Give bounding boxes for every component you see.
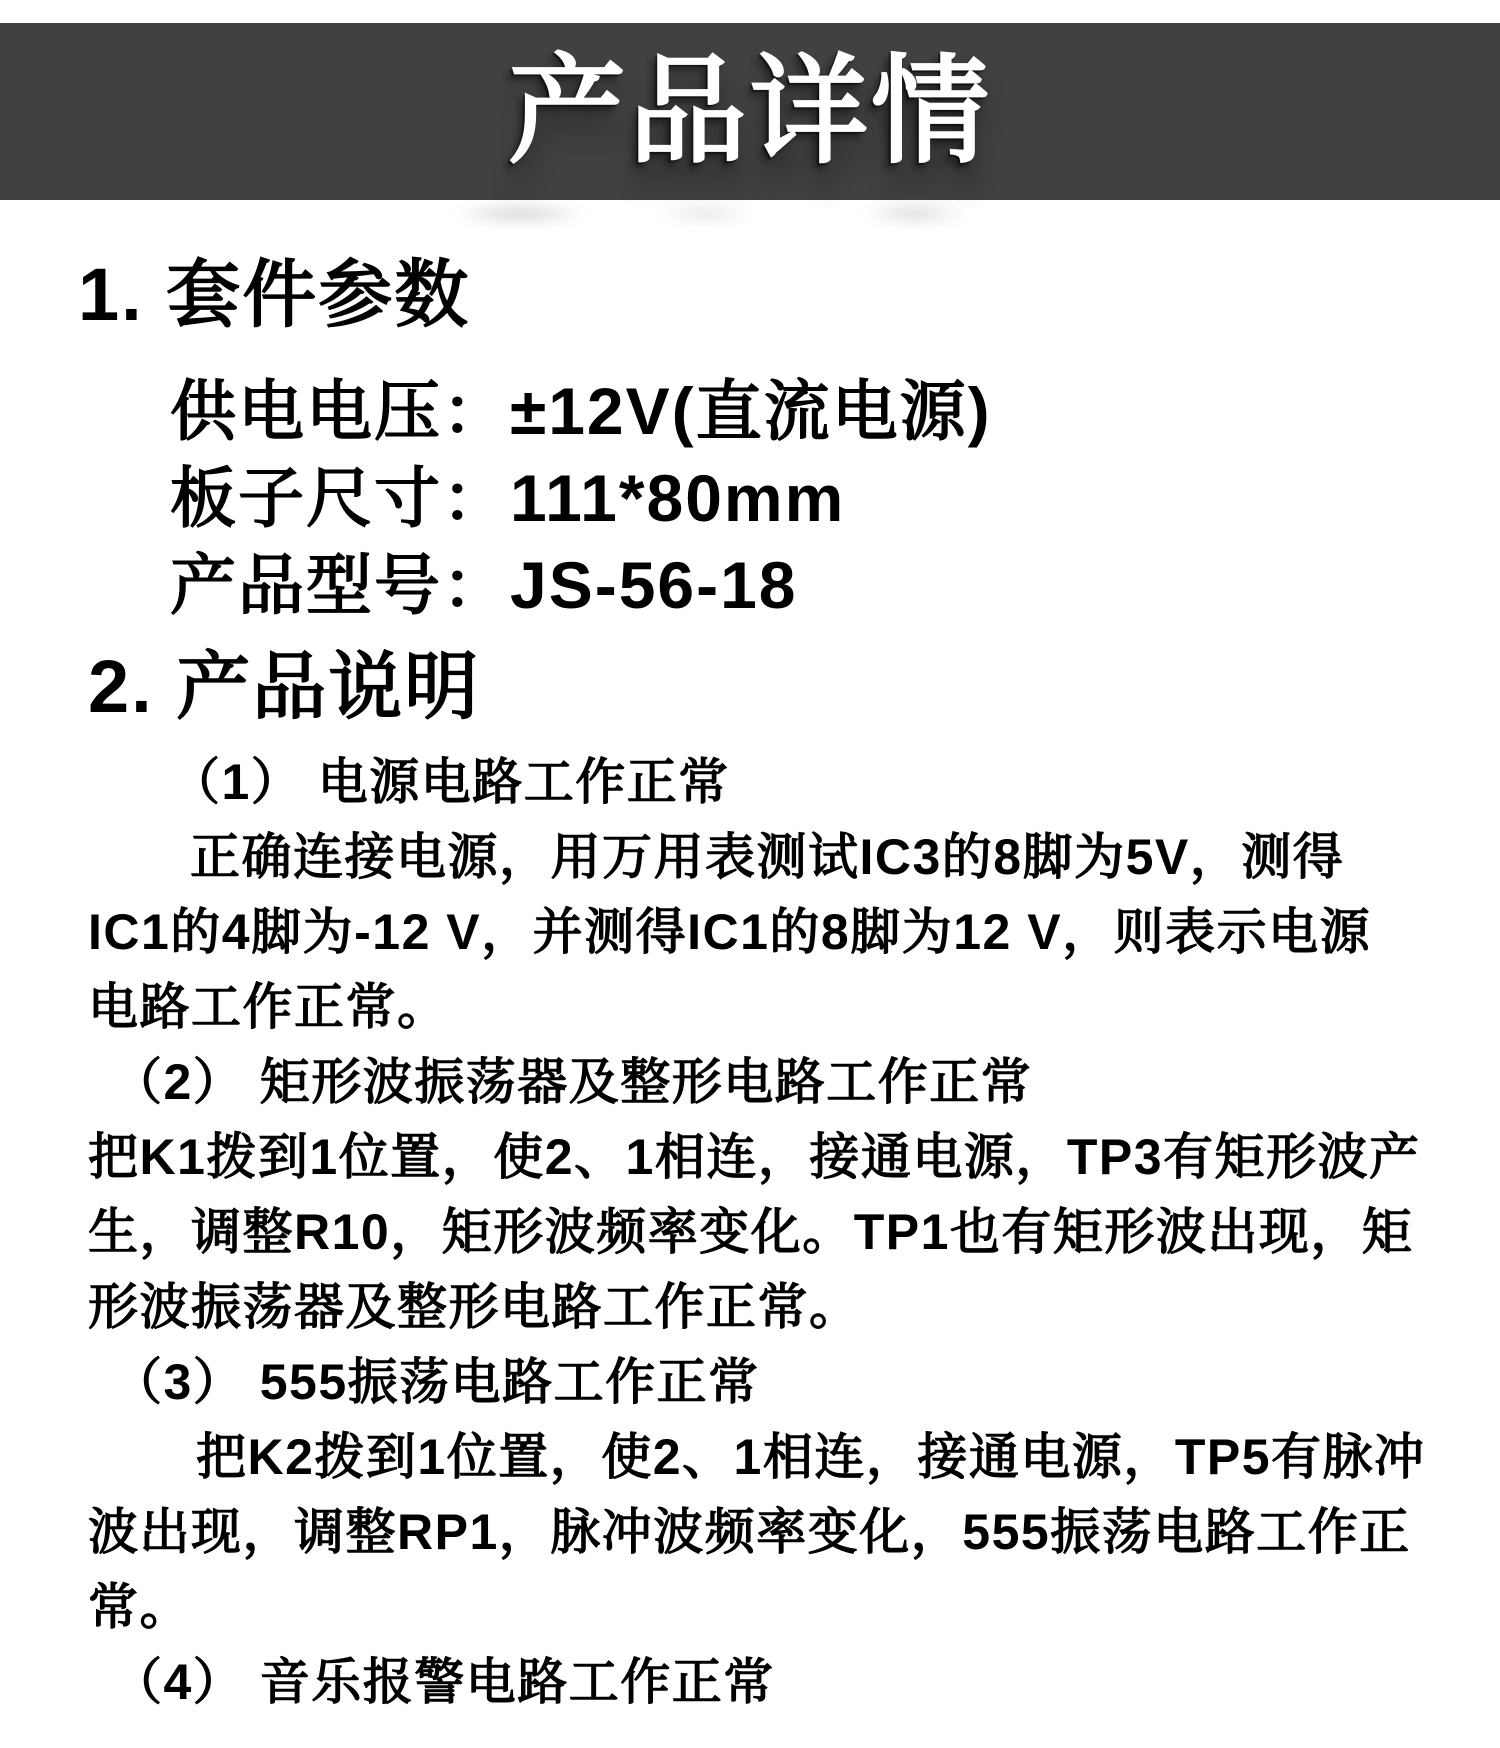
description-body: （1） 电源电路工作正常 正确连接电源，用万用表测试IC3的8脚为5V，测得 I… (0, 745, 1500, 1720)
param-model-number: 产品型号：JS-56-18 (170, 542, 1500, 629)
desc-line: 电路工作正常。 (88, 970, 1500, 1045)
desc-item-3-title: （3） 555振荡电路工作正常 (112, 1345, 1500, 1420)
param-board-size: 板子尺寸：111*80mm (170, 455, 1500, 542)
desc-line: 把K1拨到1位置，使2、1相连，接通电源，TP3有矩形波产 (88, 1120, 1500, 1195)
desc-line: 常。 (88, 1570, 1500, 1645)
desc-item-4-title: （4） 音乐报警电路工作正常 (112, 1645, 1500, 1720)
desc-line: 把K2拨到1位置，使2、1相连，接通电源，TP5有脉冲 (196, 1420, 1500, 1495)
desc-item-2-title: （2） 矩形波振荡器及整形电路工作正常 (112, 1045, 1500, 1120)
desc-line: IC1的4脚为-12 V，并测得IC1的8脚为12 V，则表示电源 (88, 895, 1500, 970)
desc-item-1-title: （1） 电源电路工作正常 (170, 745, 1500, 820)
page-title: 产品详情 (508, 53, 992, 171)
param-supply-voltage: 供电电压：±12V(直流电源) (170, 368, 1500, 455)
desc-line: 生，调整R10，矩形波频率变化。TP1也有矩形波出现，矩 (88, 1195, 1500, 1270)
section-heading-kit-params: 1. 套件参数 (78, 258, 470, 332)
banner-shadow-decoration (0, 200, 1500, 246)
banner: 产品详情 (0, 23, 1500, 200)
kit-params-list: 供电电压：±12V(直流电源) 板子尺寸：111*80mm 产品型号：JS-56… (0, 368, 1500, 629)
desc-line: 正确连接电源，用万用表测试IC3的8脚为5V，测得 (190, 820, 1500, 895)
section-heading-description: 2. 产品说明 (88, 650, 480, 724)
desc-line: 波出现，调整RP1，脉冲波频率变化，555振荡电路工作正 (88, 1495, 1500, 1570)
product-detail-page: 产品详情 1. 套件参数 供电电压：±12V(直流电源) 板子尺寸：111*80… (0, 0, 1500, 1748)
desc-line: 形波振荡器及整形电路工作正常。 (88, 1270, 1500, 1345)
